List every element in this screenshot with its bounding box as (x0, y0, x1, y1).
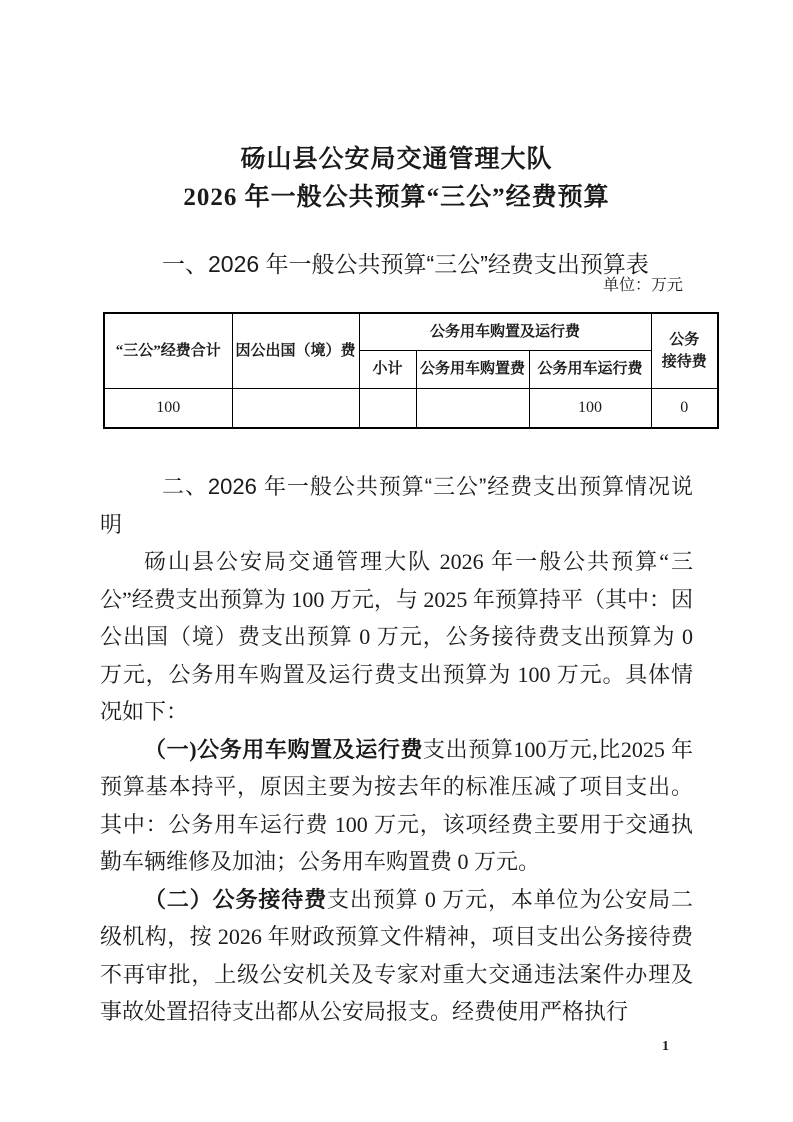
table-header-vehicle-group: 公务用车购置及运行费 (359, 313, 651, 350)
document-title-line2: 2026 年一般公共预算“三公”经费预算 (0, 179, 793, 217)
paragraph-vehicle-lead: （一)公务用车购置及运行费 (144, 737, 423, 762)
table-header-reception: 公务 接待费 (651, 313, 718, 388)
table-header-operation: 公务用车运行费 (529, 350, 651, 388)
document-title-line1: 砀山县公安局交通管理大队 (0, 141, 793, 179)
section2-body: 二、2026 年一般公共预算“三公”经费支出预算情况说明 砀山县公安局交通管理大… (100, 468, 693, 1031)
table-cell-total: 100 (104, 388, 232, 428)
section2-heading: 二、2026 年一般公共预算“三公”经费支出预算情况说明 (100, 468, 693, 543)
table-header-purchase: 公务用车购置费 (416, 350, 529, 388)
paragraph-reception: （二）公务接待费支出预算 0 万元，本单位为公安局二级机构，按 2026 年财政… (100, 881, 693, 1031)
paragraph-overview: 砀山县公安局交通管理大队 2026 年一般公共预算“三公”经费支出预算为 100… (100, 543, 693, 731)
table-row: 100 100 0 (104, 388, 718, 428)
paragraph-reception-lead: （二）公务接待费 (144, 887, 327, 912)
document-page: 砀山县公安局交通管理大队 2026 年一般公共预算“三公”经费预算 一、2026… (0, 0, 793, 1122)
three-public-budget-table: “三公”经费合计 因公出国（境）费 公务用车购置及运行费 公务 接待费 小计 公… (103, 312, 719, 429)
table-header-reception-line2: 接待费 (655, 351, 715, 373)
table-header-subtotal: 小计 (359, 350, 416, 388)
table-header-total: “三公”经费合计 (104, 313, 232, 388)
table-header-abroad: 因公出国（境）费 (232, 313, 359, 388)
document-title: 砀山县公安局交通管理大队 2026 年一般公共预算“三公”经费预算 (0, 141, 793, 216)
table-cell-subtotal (359, 388, 416, 428)
paragraph-vehicle: （一)公务用车购置及运行费支出预算100万元,比2025 年预算基本持平，原因主… (100, 731, 693, 881)
table-unit-label: 单位：万元 (603, 275, 683, 297)
page-number: 1 (662, 1039, 669, 1055)
table-cell-purchase (416, 388, 529, 428)
table-header-reception-line1: 公务 (655, 329, 715, 351)
table-cell-operation: 100 (529, 388, 651, 428)
table-cell-reception: 0 (651, 388, 718, 428)
table-cell-abroad (232, 388, 359, 428)
